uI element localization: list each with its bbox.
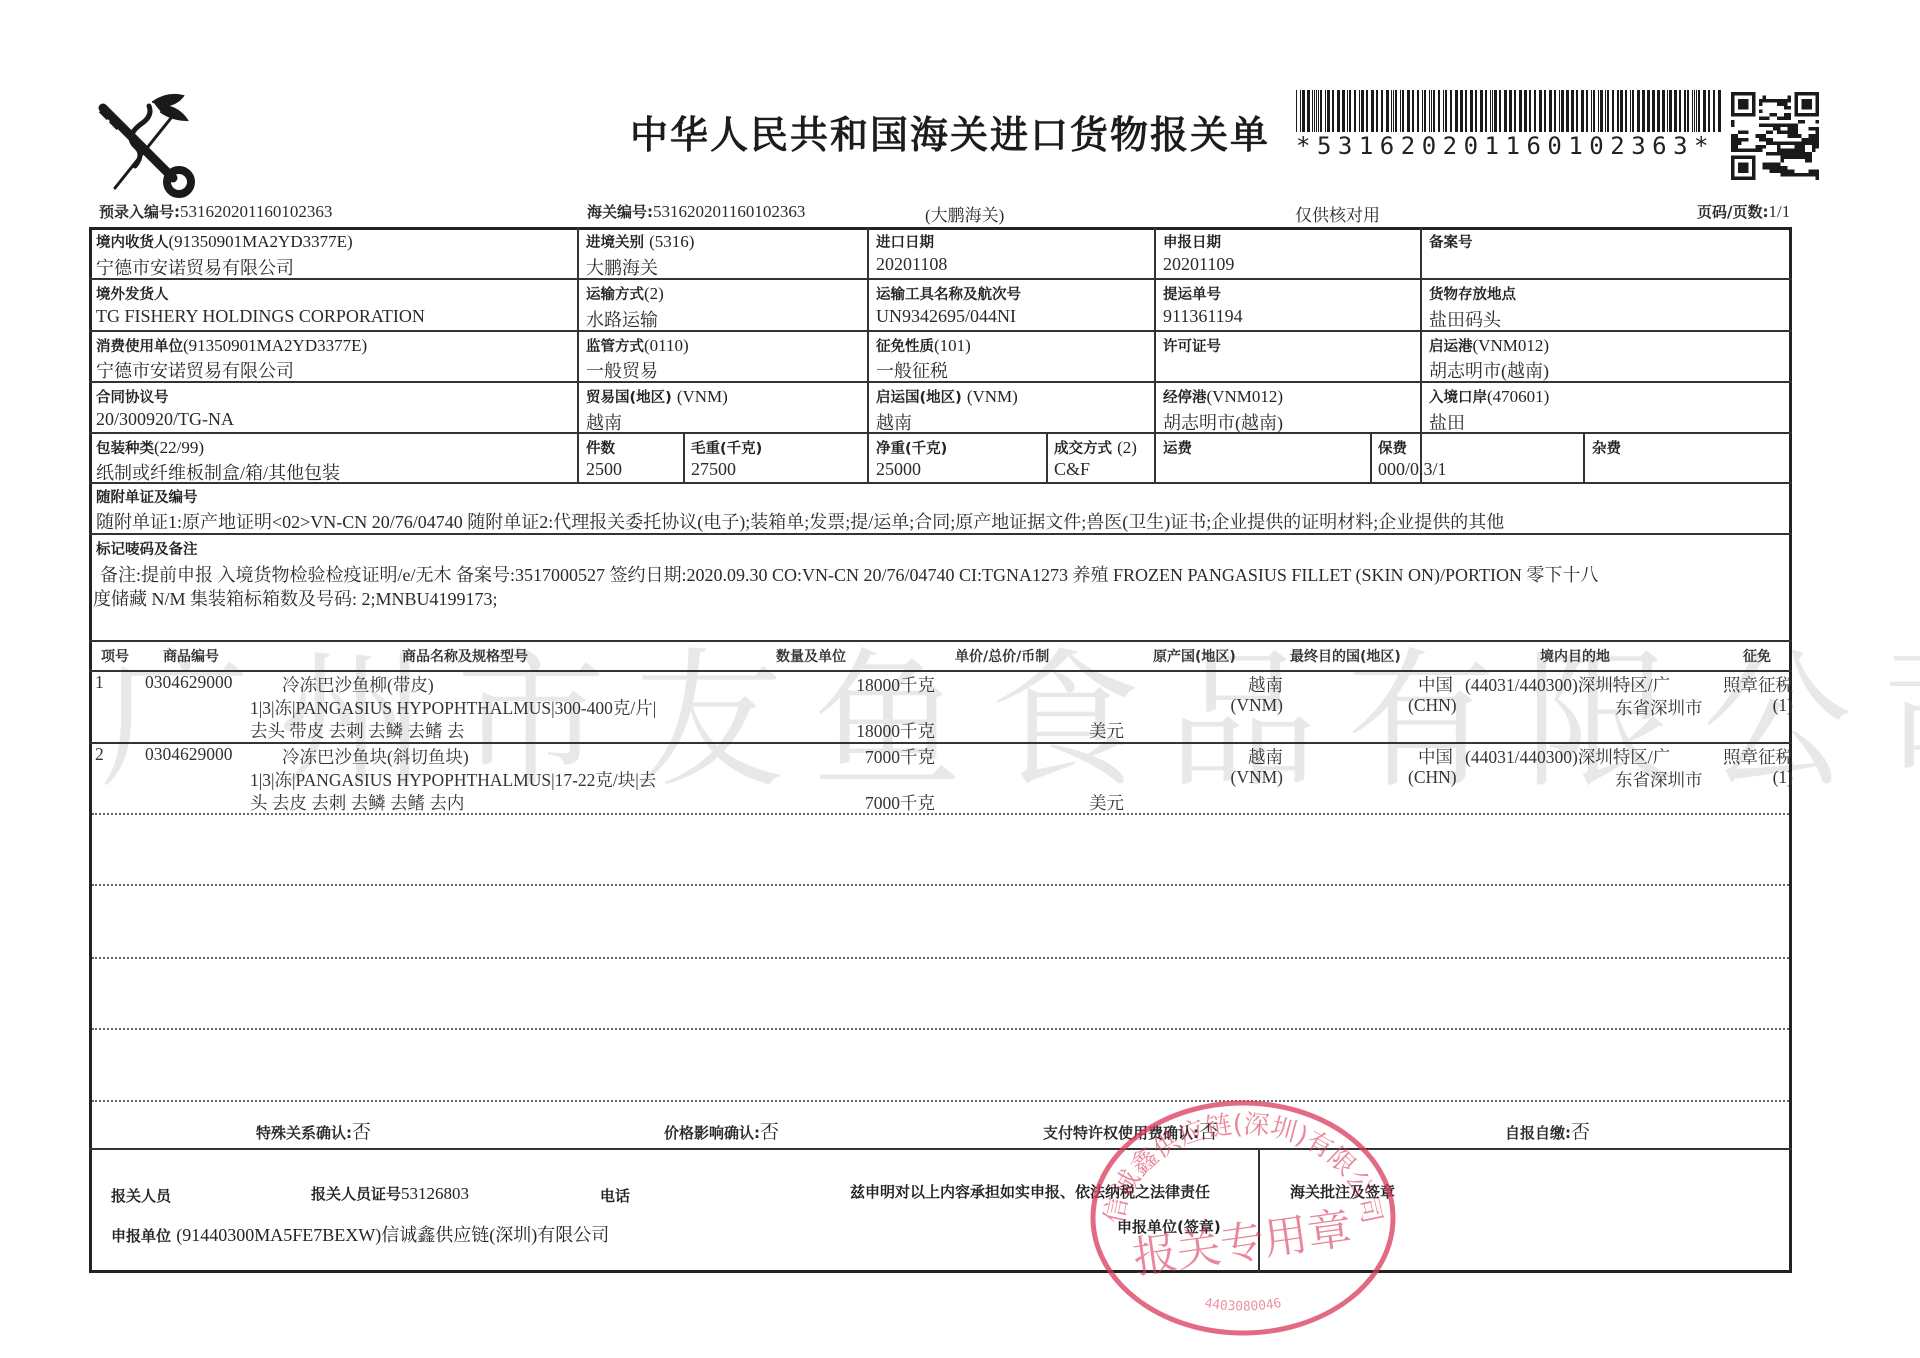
goods-qty-declared: 7000千克 xyxy=(865,790,935,815)
goods-origin-code: (VNM) xyxy=(1231,767,1284,788)
row-divider xyxy=(89,482,1792,484)
goods-hs-code: 0304629000 xyxy=(145,744,233,765)
record-no-label: 备案号 xyxy=(1429,231,1473,252)
svg-text:4403080046: 4403080046 xyxy=(1203,1296,1282,1315)
barcode-number: *531620201160102363* xyxy=(1296,132,1726,160)
goods-currency: 美元 xyxy=(1089,718,1124,743)
goods-qty-declared: 18000千克 xyxy=(856,718,935,743)
trade-country-value: 越南 xyxy=(586,409,622,435)
goods-qty-legal: 7000千克 xyxy=(865,744,935,769)
china-customs-emblem-icon xyxy=(95,88,205,198)
qr-code-icon xyxy=(1731,92,1819,180)
goods-spec-line1: 1|3|冻|PANGASIUS HYPOPHTHALMUS|17-22克/块|去 xyxy=(250,767,656,792)
row-divider xyxy=(89,330,1792,332)
transport-mode-label: 运输方式(2) xyxy=(586,283,664,304)
entry-customs-value: 大鹏海关 xyxy=(586,254,658,280)
goods-domestic-dest: (44031/440300)深圳特区/广 xyxy=(1465,672,1670,697)
storage-label: 货物存放地点 xyxy=(1429,283,1516,304)
departure-port-value: 胡志明市(越南) xyxy=(1429,357,1549,383)
col-divider xyxy=(683,432,685,483)
goods-spec-line1: 1|3|冻|PANGASIUS HYPOPHTHALMUS|300-400克/片… xyxy=(250,695,656,720)
trade-country-label: 贸易国(地区) (VNM) xyxy=(586,386,728,407)
pre-entry-number: 预录入编号:531620201160102363 xyxy=(99,201,332,222)
phone-label: 电话 xyxy=(600,1185,630,1206)
bill-no-label: 提运单号 xyxy=(1163,283,1221,304)
declare-date-value: 20201109 xyxy=(1163,254,1234,275)
goods-origin-code: (VNM) xyxy=(1231,695,1284,716)
customs-office: (大鹏海关) xyxy=(925,201,1004,226)
customs-approval-label: 海关批注及签章 xyxy=(1290,1181,1395,1202)
row-divider xyxy=(89,640,1792,642)
customs-no-value: 531620201160102363 xyxy=(653,202,805,221)
transport-mode-value: 水路运输 xyxy=(586,306,658,332)
goods-dest: 中国 xyxy=(1418,744,1453,769)
page-indicator: 页码/页数:1/1 xyxy=(1697,201,1790,222)
row-divider-dotted xyxy=(92,1100,1789,1102)
supervision-value: 一般贸易 xyxy=(586,357,658,383)
declarant-cert: 报关人员证号53126803 xyxy=(311,1183,469,1204)
goods-hs-code: 0304629000 xyxy=(145,672,233,693)
consumer-label: 消费使用单位(91350901MA2YD3377E) xyxy=(96,335,367,356)
import-date-value: 20201108 xyxy=(876,254,947,275)
declare-date-label: 申报日期 xyxy=(1163,231,1221,252)
row-divider-dotted xyxy=(92,1028,1789,1030)
col-divider xyxy=(1154,227,1156,483)
goods-col-name: 商品名称及规格型号 xyxy=(402,646,528,666)
shipper-label: 境外发货人 xyxy=(96,283,169,304)
goods-col-qty: 数量及单位 xyxy=(776,646,846,666)
consignee-label: 境内收货人(91350901MA2YD3377E) xyxy=(96,231,353,252)
documents-value: 随附单证1:原产地证明<02>VN-CN 20/76/04740 随附单证2:代… xyxy=(96,508,1504,534)
goods-name: 冷冻巴沙鱼块(斜切鱼块) xyxy=(282,744,469,769)
pre-entry-label: 预录入编号: xyxy=(99,203,180,221)
pre-entry-value: 531620201160102363 xyxy=(180,202,332,221)
goods-levy-code: (1) xyxy=(1773,767,1793,788)
import-date-label: 进口日期 xyxy=(876,231,934,252)
transit-port-value: 胡志明市(越南) xyxy=(1163,409,1283,435)
col-divider xyxy=(1583,432,1585,483)
row-divider xyxy=(89,1148,1792,1150)
customs-no-label: 海关编号: xyxy=(587,203,653,221)
contract-label: 合同协议号 xyxy=(96,386,169,407)
goods-dest-code: (CHN) xyxy=(1408,767,1457,788)
storage-value: 盐田码头 xyxy=(1429,306,1501,332)
price-influence-confirm: 价格影响确认:否 xyxy=(664,1117,779,1144)
goods-spec-line2: 去头 带皮 去刺 去鳞 去鳍 去 xyxy=(250,718,464,743)
goods-col-price: 单价/总价/币制 xyxy=(955,646,1049,666)
entry-port-value: 盐田 xyxy=(1429,409,1465,435)
net-weight-label: 净重(千克) xyxy=(876,437,947,458)
entry-customs-label: 进境关别 (5316) xyxy=(586,231,694,252)
consignee-value: 宁德市安诺贸易有限公司 xyxy=(96,254,294,280)
goods-currency: 美元 xyxy=(1089,790,1124,815)
insurance-value: 000/0.3/1 xyxy=(1378,459,1447,480)
goods-spec-line2: 头 去皮 去刺 去鳞 去鳍 去内 xyxy=(250,790,464,815)
levy-nature-label: 征免性质(101) xyxy=(876,335,971,356)
goods-col-no: 项号 xyxy=(101,646,129,666)
levy-nature-value: 一般征税 xyxy=(876,357,948,383)
goods-item-no: 2 xyxy=(95,744,104,765)
goods-dest-code: (CHN) xyxy=(1408,695,1457,716)
gross-weight-value: 27500 xyxy=(691,459,736,480)
entry-port-label: 入境口岸(470601) xyxy=(1429,386,1549,407)
insurance-label: 保费 xyxy=(1378,437,1407,458)
package-label: 包装种类(22/99) xyxy=(96,437,204,458)
declaring-unit: 申报单位 (91440300MA5FE7BEXW)信诚鑫供应链(深圳)有限公司 xyxy=(111,1221,609,1247)
goods-levy-code: (1) xyxy=(1773,695,1793,716)
license-label: 许可证号 xyxy=(1163,335,1221,356)
page-value: 1/1 xyxy=(1768,202,1790,221)
goods-col-levy: 征免 xyxy=(1743,646,1771,666)
goods-levy: 照章征税 xyxy=(1723,672,1793,697)
goods-domestic-dest-2: 东省深圳市 xyxy=(1615,695,1703,720)
verification-note: 仅供核对用 xyxy=(1295,201,1380,226)
shipper-value: TG FISHERY HOLDINGS CORPORATION xyxy=(96,306,425,327)
row-divider xyxy=(89,432,1792,434)
declarant-label: 报关人员 xyxy=(111,1185,171,1206)
self-declare-confirm: 自报自缴:否 xyxy=(1505,1117,1590,1144)
marks-label: 标记唛码及备注 xyxy=(96,538,198,559)
goods-origin: 越南 xyxy=(1248,672,1283,697)
supervision-label: 监管方式(0110) xyxy=(586,335,689,356)
goods-levy: 照章征税 xyxy=(1723,744,1793,769)
goods-col-domestic: 境内目的地 xyxy=(1540,646,1610,666)
departure-port-label: 启运港(VNM012) xyxy=(1429,335,1549,356)
pieces-label: 件数 xyxy=(586,437,615,458)
contract-value: 20/300920/TG-NA xyxy=(96,409,234,430)
col-divider xyxy=(867,227,869,483)
row-divider xyxy=(89,278,1792,280)
customs-number: 海关编号:531620201160102363 xyxy=(587,201,805,222)
royalty-confirm: 支付特许权使用费确认:否 xyxy=(1043,1117,1218,1144)
sign-label: 申报单位(签章) xyxy=(1117,1216,1221,1237)
freight-label: 运费 xyxy=(1163,437,1192,458)
col-divider xyxy=(1258,1148,1260,1273)
bill-no-value: 911361194 xyxy=(1163,306,1243,327)
declaration-statement: 兹申明对以上内容承担如实申报、依法纳税之法律责任 xyxy=(850,1181,1210,1202)
goods-dest: 中国 xyxy=(1418,672,1453,697)
row-divider-dotted xyxy=(92,957,1789,959)
goods-col-origin: 原产国(地区) xyxy=(1153,646,1236,666)
transit-port-label: 经停港(VNM012) xyxy=(1163,386,1283,407)
origin-country-value: 越南 xyxy=(876,409,912,435)
page-label: 页码/页数: xyxy=(1697,203,1768,221)
net-weight-value: 25000 xyxy=(876,459,921,480)
goods-domestic-dest: (44031/440300)深圳特区/广 xyxy=(1465,744,1670,769)
transaction-label: 成交方式 (2) xyxy=(1054,437,1137,458)
goods-domestic-dest-2: 东省深圳市 xyxy=(1615,767,1703,792)
col-divider xyxy=(1046,432,1048,483)
gross-weight-label: 毛重(千克) xyxy=(691,437,762,458)
row-divider-dotted xyxy=(92,884,1789,886)
vessel-value: UN9342695/044NI xyxy=(876,306,1016,327)
goods-origin: 越南 xyxy=(1248,744,1283,769)
marks-line2: 度储藏 N/M 集装箱标箱数及号码: 2;MNBU4199173; xyxy=(93,585,498,611)
col-divider xyxy=(1420,227,1422,483)
document-title: 中华人民共和国海关进口货物报关单 xyxy=(630,104,1270,159)
origin-country-label: 启运国(地区) (VNM) xyxy=(876,386,1018,407)
goods-col-dest: 最终目的国(地区) xyxy=(1290,646,1401,666)
transaction-value: C&F xyxy=(1054,459,1090,480)
goods-name: 冷冻巴沙鱼柳(带皮) xyxy=(282,672,434,697)
misc-label: 杂费 xyxy=(1592,437,1621,458)
goods-col-hs: 商品编号 xyxy=(163,646,219,666)
goods-item-no: 1 xyxy=(95,672,104,693)
package-value: 纸制或纤维板制盒/箱/其他包装 xyxy=(96,459,340,485)
col-divider xyxy=(577,227,579,483)
pieces-value: 2500 xyxy=(586,459,622,480)
documents-label: 随附单证及编号 xyxy=(96,486,198,507)
col-divider xyxy=(1370,432,1372,483)
consumer-value: 宁德市安诺贸易有限公司 xyxy=(96,357,294,383)
barcode-icon xyxy=(1296,90,1721,132)
special-relation-confirm: 特殊关系确认:否 xyxy=(256,1117,371,1144)
vessel-label: 运输工具名称及航次号 xyxy=(876,283,1021,304)
goods-qty-legal: 18000千克 xyxy=(856,672,935,697)
marks-line1: 备注:提前申报 入境货物检验检疫证明/e/无木 备案号:3517000527 签… xyxy=(100,561,1598,587)
